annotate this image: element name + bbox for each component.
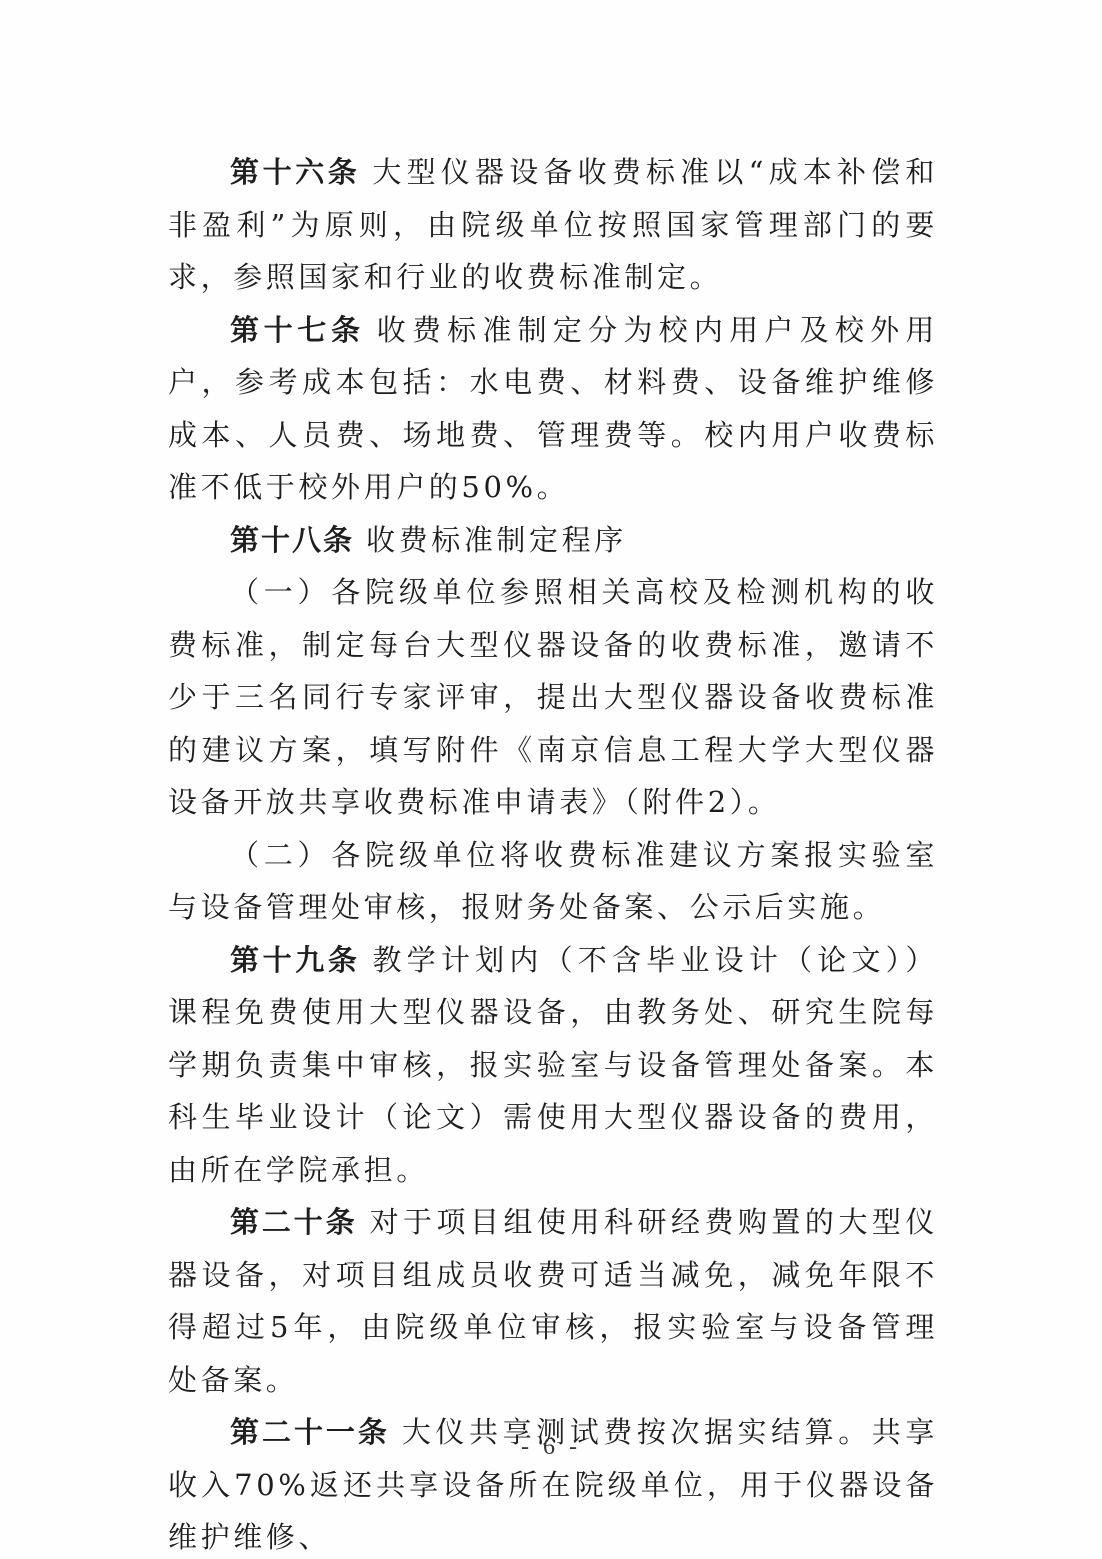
article-heading: 第十八条 [230, 523, 354, 557]
page-number: - 6 - [0, 1434, 1102, 1461]
article-16: 第十六条大型仪器设备收费标准以“成本补偿和非盈利”为原则，由院级单位按照国家管理… [168, 146, 938, 304]
article-18-item-1: （一）各院级单位参照相关高校及检测机构的收费标准，制定每台大型仪器设备的收费标准… [168, 566, 938, 829]
article-text: 收费标准制定程序 [366, 523, 627, 557]
article-text: 教学计划内（不含毕业设计（论文））课程免费使用大型仪器设备，由教务处、研究生院每… [168, 943, 938, 1187]
document-body: 第十六条大型仪器设备收费标准以“成本补偿和非盈利”为原则，由院级单位按照国家管理… [168, 146, 938, 1559]
article-heading: 第十九条 [230, 943, 360, 977]
list-item-text: （二）各院级单位将收费标准建议方案报实验室与设备管理处审核，报财务处备案、公示后… [168, 838, 938, 925]
article-20: 第二十条对于项目组使用科研经费购置的大型仪器设备，对项目组成员收费可适当减免，减… [168, 1196, 938, 1406]
article-heading: 第十七条 [230, 313, 365, 347]
article-19: 第十九条教学计划内（不含毕业设计（论文））课程免费使用大型仪器设备，由教务处、研… [168, 934, 938, 1197]
article-21: 第二十一条大仪共享测试费按次据实结算。共享收入70%返还共享设备所在院级单位，用… [168, 1406, 938, 1559]
document-page: 第十六条大型仪器设备收费标准以“成本补偿和非盈利”为原则，由院级单位按照国家管理… [0, 0, 1102, 1559]
article-18-item-2: （二）各院级单位将收费标准建议方案报实验室与设备管理处审核，报财务处备案、公示后… [168, 829, 938, 934]
article-heading: 第十六条 [230, 155, 360, 189]
article-heading: 第二十条 [230, 1205, 358, 1239]
list-item-text: （一）各院级单位参照相关高校及检测机构的收费标准，制定每台大型仪器设备的收费标准… [168, 575, 938, 819]
article-17: 第十七条收费标准制定分为校内用户及校外用户，参考成本包括：水电费、材料费、设备维… [168, 304, 938, 514]
article-18: 第十八条收费标准制定程序 [168, 514, 938, 567]
